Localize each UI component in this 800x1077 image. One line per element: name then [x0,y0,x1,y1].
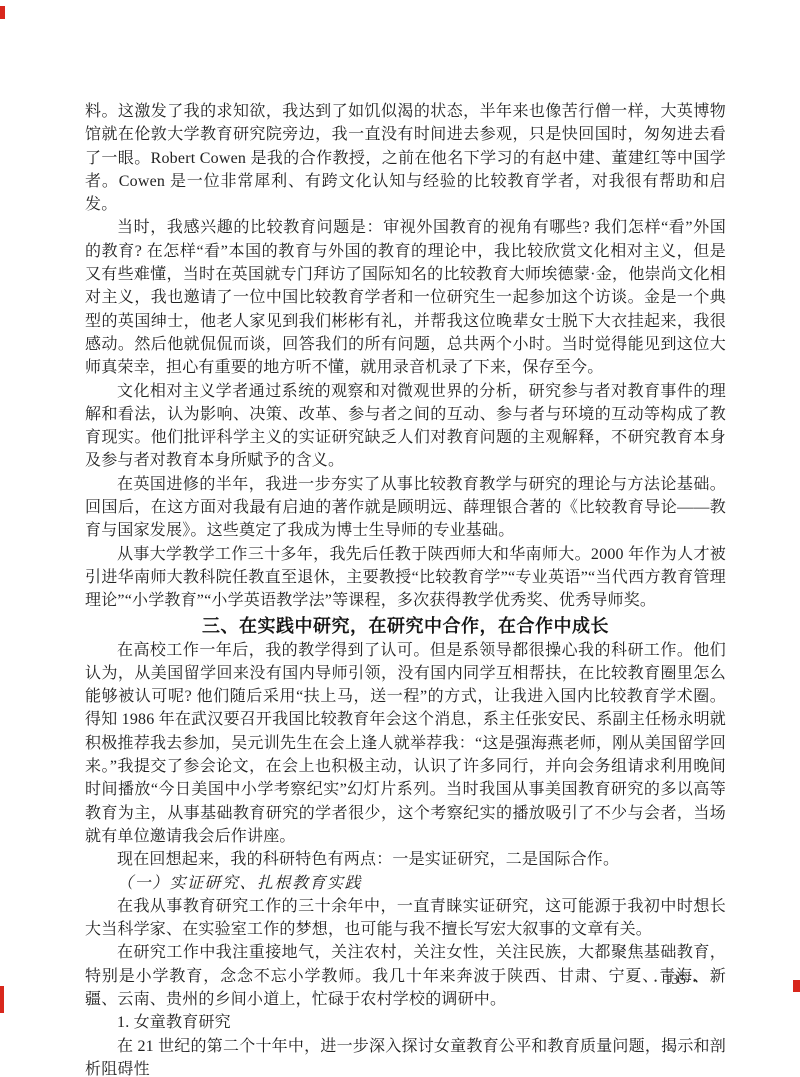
paragraph: 料。这激发了我的求知欲，我达到了如饥似渴的状态，半年来也像苦行僧一样，大英博物馆… [85,100,726,216]
paragraph: 从事大学教学工作三十多年，我先后任教于陕西师大和华南师大。2000 年作为人才被… [85,543,726,613]
page-number-dot-icon: • [654,977,657,986]
section-heading: 三、在实践中研究，在研究中合作，在合作中成长 [85,613,726,639]
page-number-dot-icon: • [693,977,696,986]
page-body: 料。这激发了我的求知欲，我达到了如饥似渴的状态，半年来也像苦行僧一样，大英博物馆… [85,100,726,1077]
paragraph: 在高校工作一年后，我的教学得到了认可。但是系领导都很操心我的科研工作。他们认为，… [85,639,726,849]
subsection-heading: （一）实证研究、扎根教育实践 [85,872,726,895]
page-number-value: 135 [664,972,686,989]
scan-mark-bottom-right [793,980,800,992]
paragraph: 现在回想起来，我的科研特色有两点：一是实证研究，二是国际合作。 [85,848,726,871]
paragraph: 文化相对主义学者通过系统的观察和对微观世界的分析，研究参与者对教育事件的理解和看… [85,380,726,473]
paragraph: 当时，我感兴趣的比较教育问题是：审视外国教育的视角有哪些? 我们怎样“看”外国的… [85,216,726,379]
numbered-heading: 1. 女童教育研究 [85,1011,726,1034]
scan-mark-bottom-left [0,986,4,1013]
document-page: 料。这激发了我的求知欲，我达到了如饥似渴的状态，半年来也像苦行僧一样，大英博物馆… [0,0,800,1077]
scan-mark-top-left [0,6,5,19]
paragraph: 在研究工作中我注重接地气，关注农村，关注女性，关注民族，大都聚焦基础教育，特别是… [85,941,726,1011]
paragraph: 在 21 世纪的第二个十年中，进一步深入探讨女童教育公平和教育质量问题，揭示和剖… [85,1035,726,1077]
paragraph: 在英国进修的半年，我进一步夯实了从事比较教育教学与研究的理论与方法论基础。回国后… [85,473,726,543]
page-number: • 135 • [654,972,696,989]
paragraph: 在我从事教育研究工作的三十余年中，一直青睐实证研究，这可能源于我初中时想长大当科… [85,895,726,942]
